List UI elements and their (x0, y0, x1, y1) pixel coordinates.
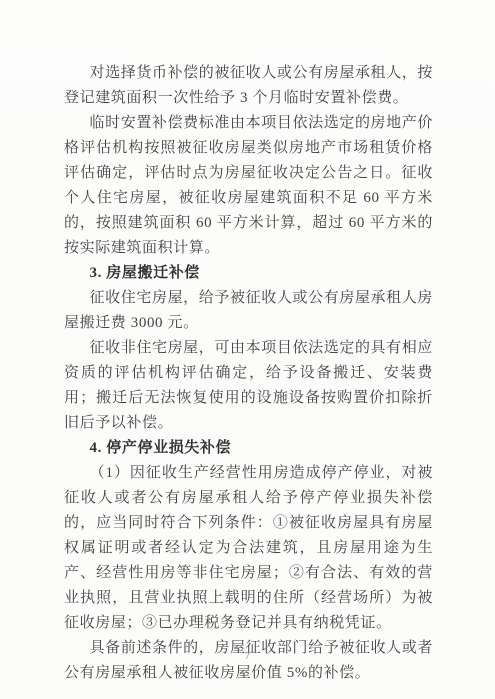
document-page: 对选择货币补偿的被征收人或公有房屋承租人，按登记建筑面积一次性给予 3 个月临时… (0, 0, 495, 699)
section-heading: 3. 房屋搬迁补偿 (64, 261, 433, 286)
section-heading: 4. 停产停业损失补偿 (64, 436, 433, 461)
paragraph: 征收非住宅房屋，可由本项目依法选定的具有相应资质的评估机构评估确定，给予设备搬迁… (64, 336, 433, 436)
paragraph: 对选择货币补偿的被征收人或公有房屋承租人，按登记建筑面积一次性给予 3 个月临时… (64, 61, 433, 111)
document-body: 对选择货币补偿的被征收人或公有房屋承租人，按登记建筑面积一次性给予 3 个月临时… (64, 61, 433, 686)
paragraph: 征收住宅房屋，给予被征收人或公有房屋承租人房屋搬迁费 3000 元。 (64, 286, 433, 336)
paragraph: 临时安置补偿费标准由本项目依法选定的房地产价格评估机构按照被征收房屋类似房地产市… (64, 111, 433, 261)
page-number: 7 (0, 650, 495, 662)
paragraph: （1）因征收生产经营性用房造成停产停业，对被征收人或者公有房屋承租人给予停产停业… (64, 461, 433, 636)
